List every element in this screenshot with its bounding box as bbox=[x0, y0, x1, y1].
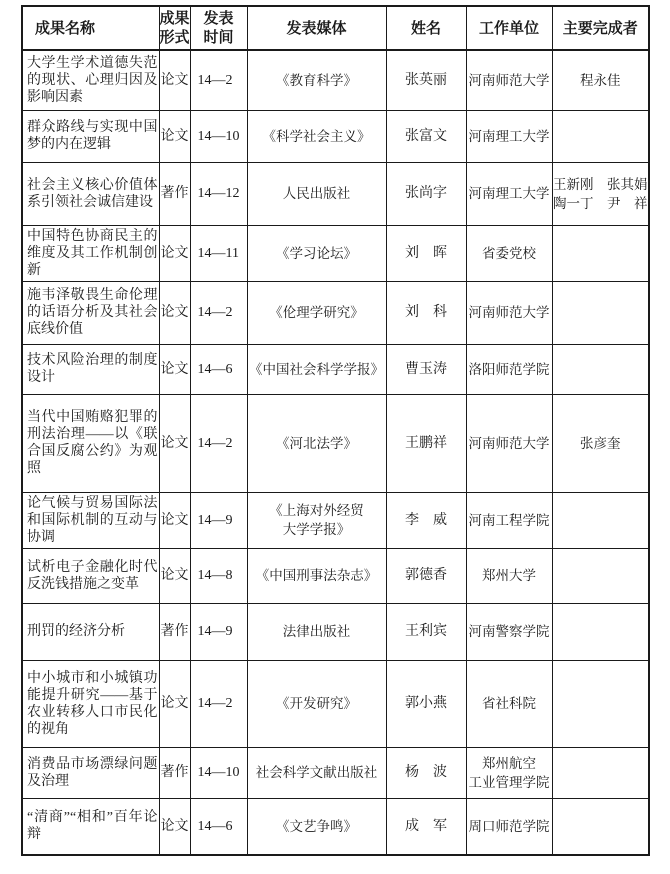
table-row: 中小城市和小城镇功能提升研究——基于农业转移人口市民化的视角论文14—2《开发研… bbox=[22, 660, 649, 747]
cell-date: 14—2 bbox=[190, 281, 247, 344]
cell-date: 14—9 bbox=[190, 603, 247, 660]
table-row: 技术风险治理的制度设计论文14—6《中国社会科学学报》曹玉涛洛阳师范学院 bbox=[22, 344, 649, 394]
cell-contributors bbox=[552, 660, 649, 747]
table-row: 大学生学术道德失范的现状、心理归因及影响因素论文14—2《教育科学》张英丽河南师… bbox=[22, 50, 649, 110]
cell-contributors bbox=[552, 281, 649, 344]
cell-form: 论文 bbox=[159, 660, 190, 747]
table-row: “清商”“相和”百年论辩论文14—6《文艺争鸣》成 军周口师范学院 bbox=[22, 798, 649, 855]
col-header-date: 发表 时间 bbox=[190, 6, 247, 50]
cell-media: 《上海对外经贸 大学学报》 bbox=[247, 492, 386, 548]
cell-contributors: 张彦奎 bbox=[552, 394, 649, 492]
cell-title: “清商”“相和”百年论辩 bbox=[22, 798, 159, 855]
cell-date: 14—10 bbox=[190, 110, 247, 162]
cell-contributors bbox=[552, 344, 649, 394]
cell-unit: 河南师范大学 bbox=[466, 281, 552, 344]
cell-form: 著作 bbox=[159, 162, 190, 225]
table-row: 消费品市场漂绿问题及治理著作14—10社会科学文献出版社杨 波郑州航空 工业管理… bbox=[22, 747, 649, 798]
cell-media: 《开发研究》 bbox=[247, 660, 386, 747]
cell-media: 社会科学文献出版社 bbox=[247, 747, 386, 798]
cell-unit: 郑州大学 bbox=[466, 548, 552, 603]
cell-date: 14—2 bbox=[190, 50, 247, 110]
cell-form: 论文 bbox=[159, 798, 190, 855]
cell-contributors bbox=[552, 110, 649, 162]
cell-form: 论文 bbox=[159, 492, 190, 548]
cell-date: 14—2 bbox=[190, 394, 247, 492]
cell-media: 《伦理学研究》 bbox=[247, 281, 386, 344]
cell-title: 大学生学术道德失范的现状、心理归因及影响因素 bbox=[22, 50, 159, 110]
cell-date: 14—6 bbox=[190, 344, 247, 394]
table-body: 大学生学术道德失范的现状、心理归因及影响因素论文14—2《教育科学》张英丽河南师… bbox=[22, 50, 649, 855]
cell-title: 技术风险治理的制度设计 bbox=[22, 344, 159, 394]
cell-title: 社会主义核心价值体系引领社会诚信建设 bbox=[22, 162, 159, 225]
cell-unit: 河南工程学院 bbox=[466, 492, 552, 548]
cell-contributors bbox=[552, 492, 649, 548]
cell-media: 《科学社会主义》 bbox=[247, 110, 386, 162]
cell-date: 14—9 bbox=[190, 492, 247, 548]
table-row: 施韦泽敬畏生命伦理的话语分析及其社会底线价值论文14—2《伦理学研究》刘 科河南… bbox=[22, 281, 649, 344]
col-header-form: 成果 形式 bbox=[159, 6, 190, 50]
table-row: 社会主义核心价值体系引领社会诚信建设著作14—12人民出版社张尚字河南理工大学王… bbox=[22, 162, 649, 225]
table-row: 当代中国贿赂犯罪的刑法治理——以《联合国反腐公约》为观照论文14—2《河北法学》… bbox=[22, 394, 649, 492]
achievements-table: 成果名称 成果 形式 发表 时间 发表媒体 姓名 工作单位 主要完成者 大学生学… bbox=[21, 5, 650, 856]
cell-form: 著作 bbox=[159, 747, 190, 798]
cell-contributors bbox=[552, 798, 649, 855]
cell-unit: 洛阳师范学院 bbox=[466, 344, 552, 394]
cell-unit: 河南理工大学 bbox=[466, 162, 552, 225]
scanned-document-page: 成果名称 成果 形式 发表 时间 发表媒体 姓名 工作单位 主要完成者 大学生学… bbox=[0, 0, 670, 874]
cell-name: 张尚字 bbox=[386, 162, 466, 225]
cell-contributors: 程永佳 bbox=[552, 50, 649, 110]
cell-name: 张富文 bbox=[386, 110, 466, 162]
cell-date: 14—10 bbox=[190, 747, 247, 798]
cell-form: 论文 bbox=[159, 281, 190, 344]
cell-name: 郭小燕 bbox=[386, 660, 466, 747]
cell-form: 著作 bbox=[159, 603, 190, 660]
col-header-media: 发表媒体 bbox=[247, 6, 386, 50]
cell-title: 中小城市和小城镇功能提升研究——基于农业转移人口市民化的视角 bbox=[22, 660, 159, 747]
table-header: 成果名称 成果 形式 发表 时间 发表媒体 姓名 工作单位 主要完成者 bbox=[22, 6, 649, 50]
table-row: 试析电子金融化时代反洗钱措施之变革论文14—8《中国刑事法杂志》郭德香郑州大学 bbox=[22, 548, 649, 603]
cell-title: 群众路线与实现中国梦的内在逻辑 bbox=[22, 110, 159, 162]
cell-date: 14—11 bbox=[190, 225, 247, 281]
cell-unit: 河南警察学院 bbox=[466, 603, 552, 660]
cell-contributors bbox=[552, 225, 649, 281]
cell-title: 论气候与贸易国际法和国际机制的互动与协调 bbox=[22, 492, 159, 548]
cell-unit: 河南理工大学 bbox=[466, 110, 552, 162]
cell-unit: 省委党校 bbox=[466, 225, 552, 281]
cell-date: 14—2 bbox=[190, 660, 247, 747]
cell-media: 《河北法学》 bbox=[247, 394, 386, 492]
cell-name: 郭德香 bbox=[386, 548, 466, 603]
col-header-contributors: 主要完成者 bbox=[552, 6, 649, 50]
cell-unit: 郑州航空 工业管理学院 bbox=[466, 747, 552, 798]
cell-contributors: 王新刚 张其娟 陶一丁 尹 祥 bbox=[552, 162, 649, 225]
cell-name: 刘 科 bbox=[386, 281, 466, 344]
cell-name: 刘 晖 bbox=[386, 225, 466, 281]
cell-name: 李 威 bbox=[386, 492, 466, 548]
col-header-unit: 工作单位 bbox=[466, 6, 552, 50]
cell-form: 论文 bbox=[159, 50, 190, 110]
cell-form: 论文 bbox=[159, 225, 190, 281]
cell-name: 杨 波 bbox=[386, 747, 466, 798]
cell-date: 14—8 bbox=[190, 548, 247, 603]
cell-date: 14—6 bbox=[190, 798, 247, 855]
cell-name: 张英丽 bbox=[386, 50, 466, 110]
cell-media: 《教育科学》 bbox=[247, 50, 386, 110]
col-header-title: 成果名称 bbox=[22, 6, 159, 50]
cell-media: 《中国社会科学学报》 bbox=[247, 344, 386, 394]
cell-contributors bbox=[552, 747, 649, 798]
cell-form: 论文 bbox=[159, 110, 190, 162]
header-row: 成果名称 成果 形式 发表 时间 发表媒体 姓名 工作单位 主要完成者 bbox=[22, 6, 649, 50]
table-row: 群众路线与实现中国梦的内在逻辑论文14—10《科学社会主义》张富文河南理工大学 bbox=[22, 110, 649, 162]
cell-name: 曹玉涛 bbox=[386, 344, 466, 394]
cell-title: 当代中国贿赂犯罪的刑法治理——以《联合国反腐公约》为观照 bbox=[22, 394, 159, 492]
cell-unit: 河南师范大学 bbox=[466, 50, 552, 110]
cell-form: 论文 bbox=[159, 344, 190, 394]
cell-title: 消费品市场漂绿问题及治理 bbox=[22, 747, 159, 798]
col-header-name: 姓名 bbox=[386, 6, 466, 50]
cell-form: 论文 bbox=[159, 548, 190, 603]
cell-contributors bbox=[552, 548, 649, 603]
cell-title: 试析电子金融化时代反洗钱措施之变革 bbox=[22, 548, 159, 603]
cell-name: 王鹏祥 bbox=[386, 394, 466, 492]
cell-media: 法律出版社 bbox=[247, 603, 386, 660]
cell-date: 14—12 bbox=[190, 162, 247, 225]
cell-media: 《中国刑事法杂志》 bbox=[247, 548, 386, 603]
cell-name: 成 军 bbox=[386, 798, 466, 855]
cell-form: 论文 bbox=[159, 394, 190, 492]
cell-name: 王利宾 bbox=[386, 603, 466, 660]
cell-media: 《文艺争鸣》 bbox=[247, 798, 386, 855]
cell-media: 《学习论坛》 bbox=[247, 225, 386, 281]
cell-media: 人民出版社 bbox=[247, 162, 386, 225]
table-row: 刑罚的经济分析著作14—9法律出版社王利宾河南警察学院 bbox=[22, 603, 649, 660]
cell-unit: 周口师范学院 bbox=[466, 798, 552, 855]
cell-title: 施韦泽敬畏生命伦理的话语分析及其社会底线价值 bbox=[22, 281, 159, 344]
cell-contributors bbox=[552, 603, 649, 660]
cell-title: 刑罚的经济分析 bbox=[22, 603, 159, 660]
cell-unit: 省社科院 bbox=[466, 660, 552, 747]
table-row: 中国特色协商民主的维度及其工作机制创新论文14—11《学习论坛》刘 晖省委党校 bbox=[22, 225, 649, 281]
table-row: 论气候与贸易国际法和国际机制的互动与协调论文14—9《上海对外经贸 大学学报》李… bbox=[22, 492, 649, 548]
cell-title: 中国特色协商民主的维度及其工作机制创新 bbox=[22, 225, 159, 281]
cell-unit: 河南师范大学 bbox=[466, 394, 552, 492]
